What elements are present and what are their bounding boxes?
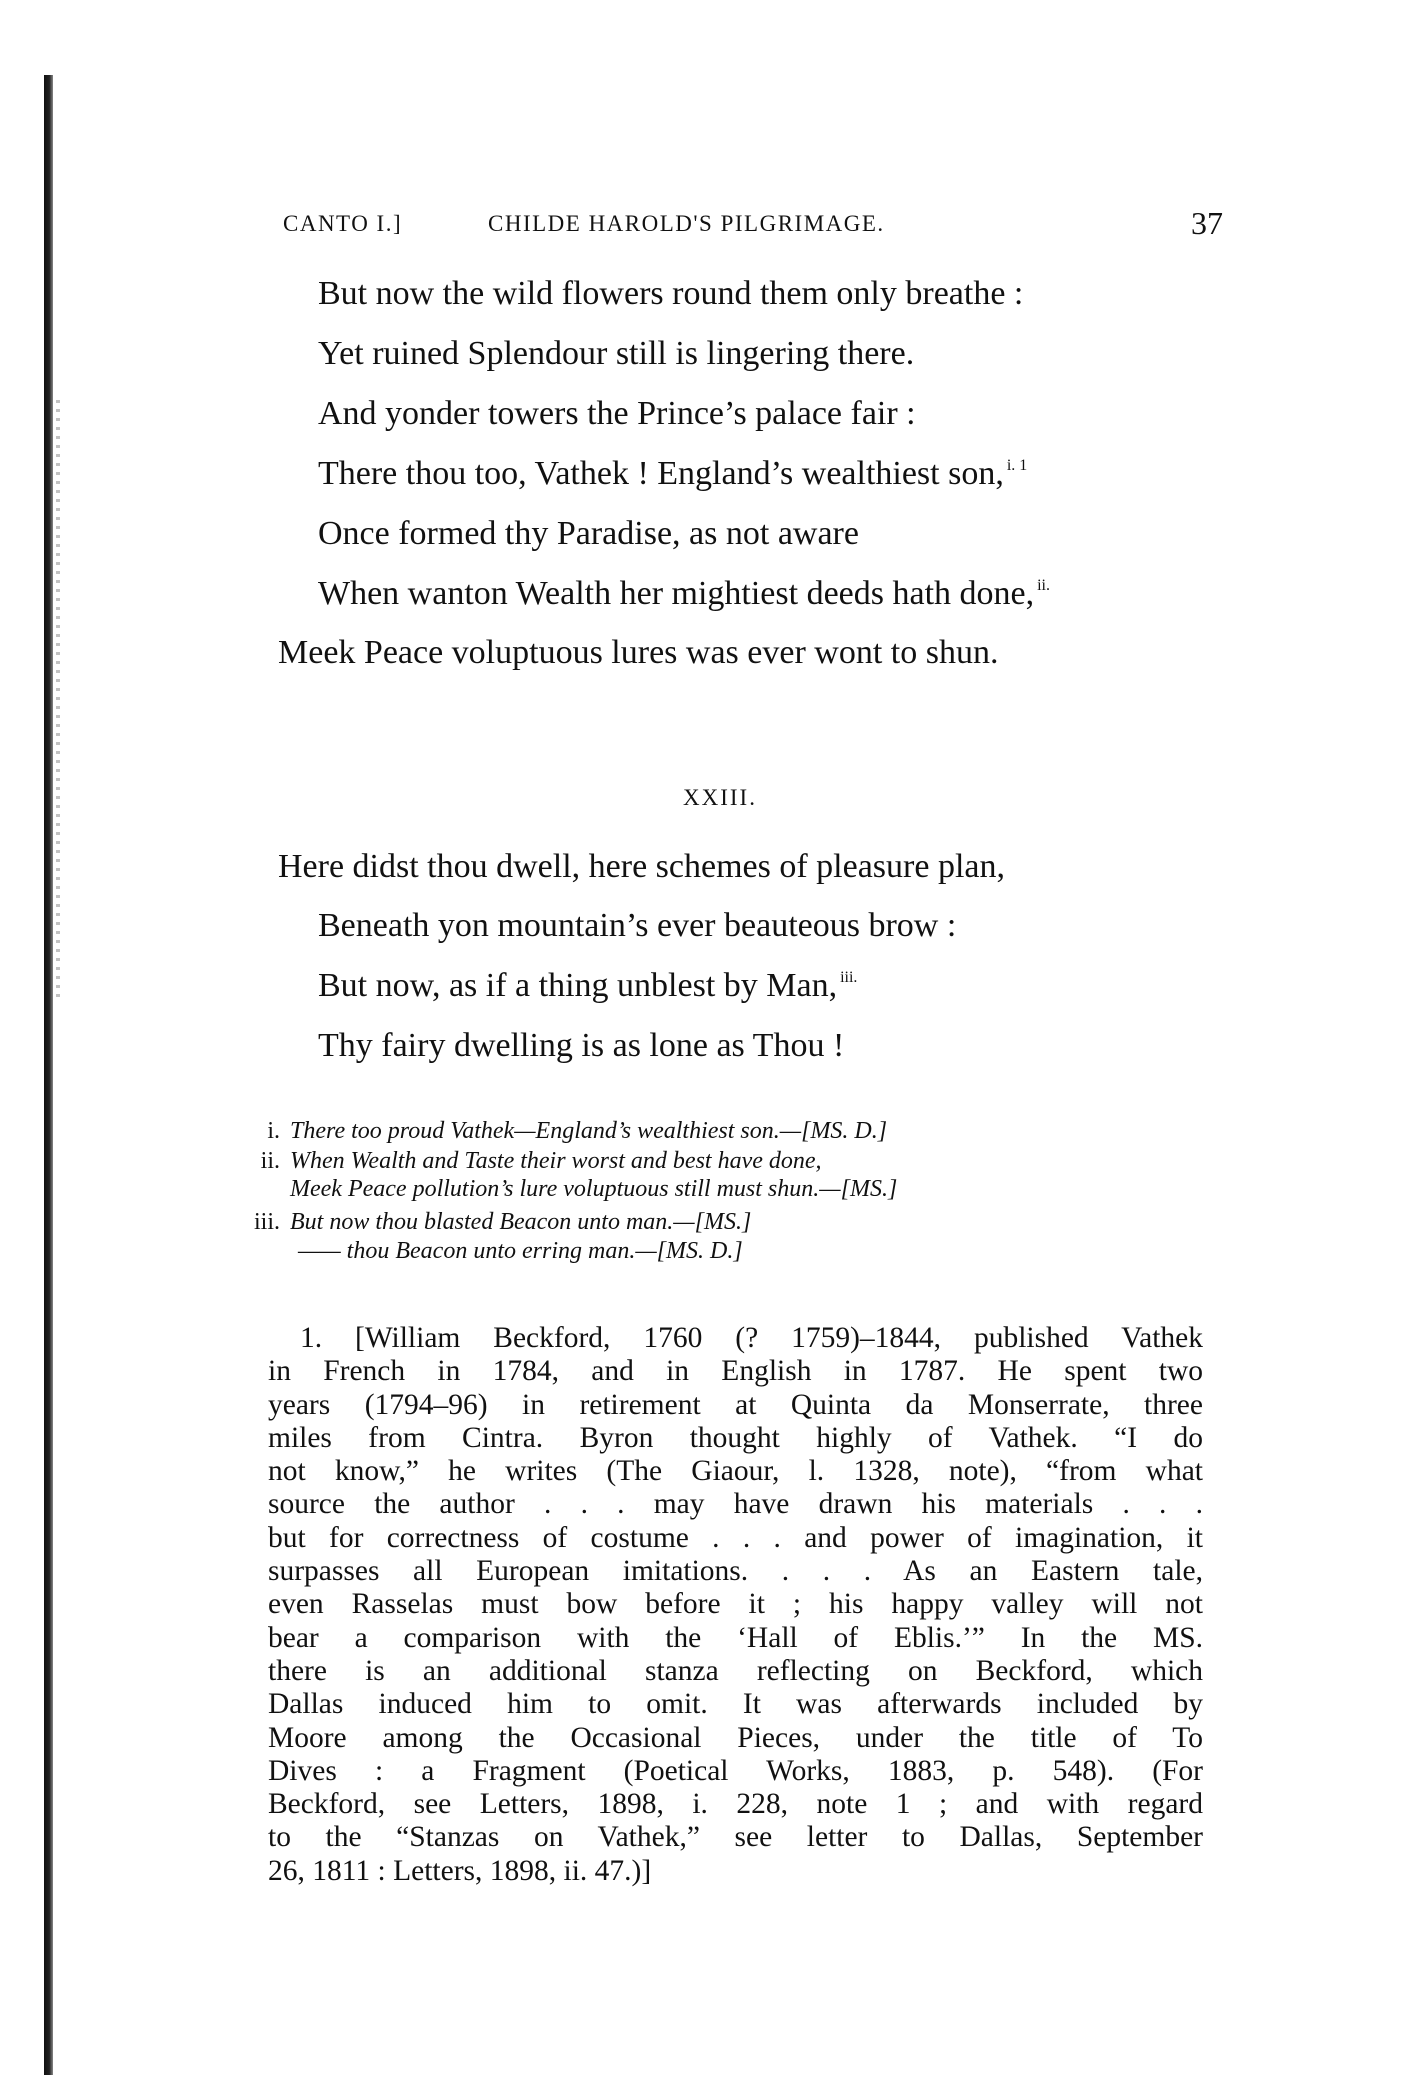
- verse-line: There thou too, Vathek ! England’s wealt…: [318, 455, 1027, 493]
- editorial-note-1: 1. [William Beckford, 1760 (? 1759)–1844…: [268, 1322, 1203, 1888]
- verse-line: When wanton Wealth her mightiest deeds h…: [318, 575, 1050, 613]
- note-line: to the “Stanzas on Vathek,” see letter t…: [268, 1821, 1203, 1854]
- note-line: bear a comparison with the ‘Hall of Ebli…: [268, 1622, 1203, 1655]
- verse-line: Meek Peace voluptuous lures was ever won…: [278, 634, 998, 672]
- page-scan-shadow: [56, 400, 60, 1000]
- verse-line: Once formed thy Paradise, as not aware: [318, 515, 859, 553]
- footnote-ref[interactable]: ii.: [1037, 577, 1050, 594]
- page-binding-edge: [44, 75, 53, 2075]
- note-line: Dallas induced him to omit. It was after…: [268, 1688, 1203, 1721]
- canto-label: CANTO I.]: [283, 211, 402, 237]
- note-line: surpasses all European imitations. . . .…: [268, 1555, 1203, 1588]
- verse-line: Yet ruined Splendour still is lingering …: [318, 335, 914, 373]
- verse-line: And yonder towers the Prince’s palace fa…: [318, 395, 916, 433]
- variant-note: i.There too proud Vathek—England’s wealt…: [236, 1118, 887, 1145]
- verse-line: But now the wild flowers round them only…: [318, 275, 1023, 313]
- stanza-heading: XXIII.: [0, 785, 1420, 811]
- note-line: in French in 1784, and in English in 178…: [268, 1355, 1203, 1388]
- note-line: years (1794–96) in retirement at Quinta …: [268, 1389, 1203, 1422]
- variant-note-cont: —— thou Beacon unto erring man.—[MS. D.]: [236, 1238, 743, 1265]
- verse-line: But now, as if a thing unblest by Man,ii…: [318, 967, 857, 1005]
- verse-line: Thy fairy dwelling is as lone as Thou !: [318, 1027, 844, 1065]
- note-line: Dives : a Fragment (Poetical Works, 1883…: [268, 1755, 1203, 1788]
- variant-note-cont: Meek Peace pollution’s lure voluptuous s…: [236, 1176, 897, 1203]
- note-line: source the author . . . may have drawn h…: [268, 1488, 1203, 1521]
- footnote-ref[interactable]: iii.: [840, 969, 857, 986]
- note-line: 1. [William Beckford, 1760 (? 1759)–1844…: [268, 1322, 1203, 1355]
- note-line: but for correctness of costume . . . and…: [268, 1522, 1203, 1555]
- variant-note: iii.But now thou blasted Beacon unto man…: [236, 1209, 751, 1236]
- page-number: 37: [1191, 205, 1223, 242]
- variant-note: ii.When Wealth and Taste their worst and…: [236, 1148, 822, 1175]
- note-line: not know,” he writes (The Giaour, l. 132…: [268, 1455, 1203, 1488]
- verse-line: Here didst thou dwell, here schemes of p…: [278, 848, 1005, 886]
- note-line: there is an additional stanza reflecting…: [268, 1655, 1203, 1688]
- note-line: Beckford, see Letters, 1898, i. 228, not…: [268, 1788, 1203, 1821]
- verse-line: Beneath yon mountain’s ever beauteous br…: [318, 907, 956, 945]
- footnote-ref[interactable]: i. 1: [1007, 457, 1027, 474]
- note-line: 26, 1811 : Letters, 1898, ii. 47.)]: [268, 1855, 1203, 1888]
- note-line: Moore among the Occasional Pieces, under…: [268, 1722, 1203, 1755]
- running-header: CANTO I.] CHILDE HAROLD'S PILGRIMAGE. 37: [283, 205, 1223, 245]
- note-line: even Rasselas must bow before it ; his h…: [268, 1588, 1203, 1621]
- book-title: CHILDE HAROLD'S PILGRIMAGE.: [488, 211, 885, 237]
- note-line: miles from Cintra. Byron thought highly …: [268, 1422, 1203, 1455]
